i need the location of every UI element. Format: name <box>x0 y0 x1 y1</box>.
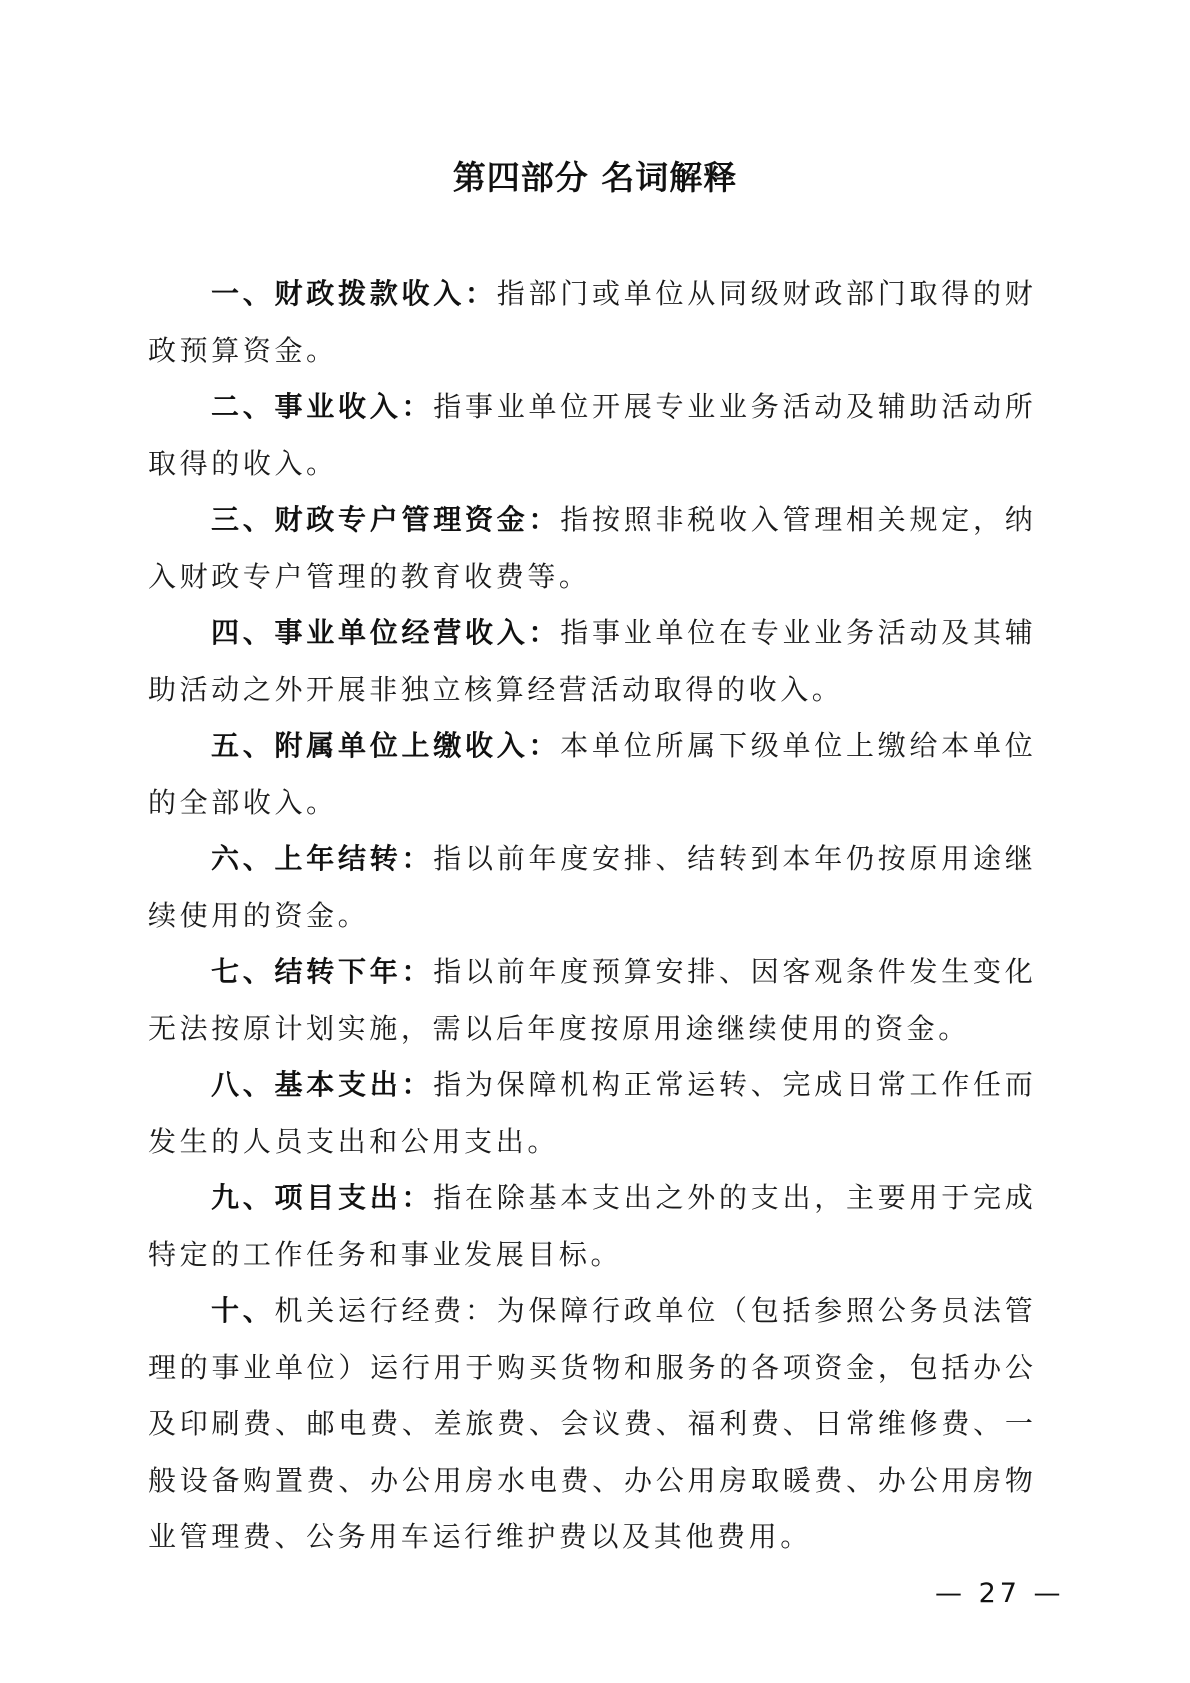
entry-first-line: 三、财政专户管理资金：指按照非税收入管理相关规定，纳 <box>148 492 1033 549</box>
entry-line: 业管理费、公务用车运行维护费以及其他费用。 <box>148 1509 1033 1566</box>
entry-first-line: 四、事业单位经营收入：指事业单位在专业业务活动及其辅 <box>148 605 1033 662</box>
entry-first-line: 二、事业收入：指事业单位开展专业业务活动及辅助活动所 <box>148 379 1033 436</box>
entry-line: 发生的人员支出和公用支出。 <box>148 1114 1033 1171</box>
entry-line: 入财政专户管理的教育收费等。 <box>148 549 1033 606</box>
page-number: — 27 — <box>935 1578 1065 1609</box>
entry-line: 的全部收入。 <box>148 775 1033 832</box>
entry-line: 无法按原计划实施，需以后年度按原用途继续使用的资金。 <box>148 1001 1033 1058</box>
entry-line: 理的事业单位）运行用于购买货物和服务的各项资金，包括办公 <box>148 1340 1033 1397</box>
glossary-entry: 九、项目支出：指在除基本支出之外的支出，主要用于完成特定的工作任务和事业发展目标… <box>148 1170 1033 1283</box>
entry-line: 取得的收入。 <box>148 436 1033 493</box>
glossary-entry: 七、结转下年：指以前年度预算安排、因客观条件发生变化无法按原计划实施，需以后年度… <box>148 944 1033 1057</box>
glossary-entry: 八、基本支出：指为保障机构正常运转、完成日常工作任而发生的人员支出和公用支出。 <box>148 1057 1033 1170</box>
entry-first-line: 七、结转下年：指以前年度预算安排、因客观条件发生变化 <box>148 944 1033 1001</box>
page-title: 第四部分 名词解释 <box>0 152 1190 199</box>
entry-first-line: 五、附属单位上缴收入：本单位所属下级单位上缴给本单位 <box>148 718 1033 775</box>
glossary-entry: 四、事业单位经营收入：指事业单位在专业业务活动及其辅助活动之外开展非独立核算经营… <box>148 605 1033 718</box>
entry-line: 政预算资金。 <box>148 323 1033 380</box>
glossary-entry: 五、附属单位上缴收入：本单位所属下级单位上缴给本单位的全部收入。 <box>148 718 1033 831</box>
entry-first-line: 八、基本支出：指为保障机构正常运转、完成日常工作任而 <box>148 1057 1033 1114</box>
entry-line: 及印刷费、邮电费、差旅费、会议费、福利费、日常维修费、一 <box>148 1396 1033 1453</box>
entry-first-line: 十、机关运行经费：为保障行政单位（包括参照公务员法管 <box>148 1283 1033 1340</box>
glossary-entry: 一、财政拨款收入：指部门或单位从同级财政部门取得的财政预算资金。 <box>148 266 1033 379</box>
glossary-body: 一、财政拨款收入：指部门或单位从同级财政部门取得的财政预算资金。二、事业收入：指… <box>148 266 1033 1566</box>
entry-line: 般设备购置费、办公用房水电费、办公用房取暖费、办公用房物 <box>148 1453 1033 1510</box>
entry-line: 助活动之外开展非独立核算经营活动取得的收入。 <box>148 662 1033 719</box>
glossary-entry: 三、财政专户管理资金：指按照非税收入管理相关规定，纳入财政专户管理的教育收费等。 <box>148 492 1033 605</box>
entry-first-line: 六、上年结转：指以前年度安排、结转到本年仍按原用途继 <box>148 831 1033 888</box>
entry-line: 续使用的资金。 <box>148 888 1033 945</box>
glossary-entry: 二、事业收入：指事业单位开展专业业务活动及辅助活动所取得的收入。 <box>148 379 1033 492</box>
entry-first-line: 九、项目支出：指在除基本支出之外的支出，主要用于完成 <box>148 1170 1033 1227</box>
entry-first-line: 一、财政拨款收入：指部门或单位从同级财政部门取得的财 <box>148 266 1033 323</box>
glossary-entry: 六、上年结转：指以前年度安排、结转到本年仍按原用途继续使用的资金。 <box>148 831 1033 944</box>
entry-line: 特定的工作任务和事业发展目标。 <box>148 1227 1033 1284</box>
glossary-entry: 十、机关运行经费：为保障行政单位（包括参照公务员法管理的事业单位）运行用于购买货… <box>148 1283 1033 1566</box>
